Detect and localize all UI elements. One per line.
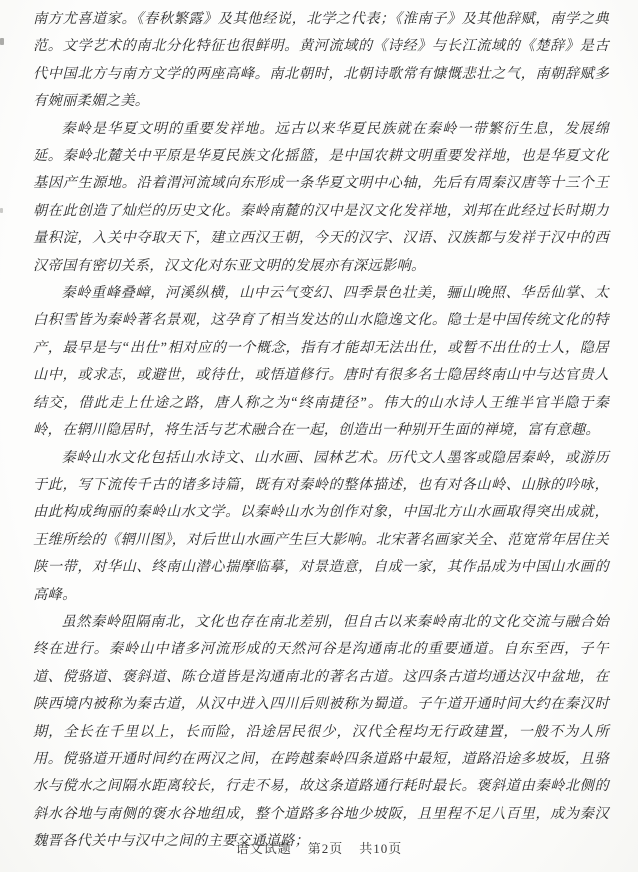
footer-page-number: 第2页 [308,838,344,857]
exam-paper-page: 南方尤喜道家。《春秋繁露》及其他经说，北学之代表；《淮南子》及其他辞赋，南学之典… [0,0,638,872]
page-footer: 语文试题第2页共10页 [0,838,638,857]
scan-artifact [0,208,3,213]
paragraph-continuation: 南方尤喜道家。《春秋繁露》及其他经说，北学之代表；《淮南子》及其他辞赋，南学之典… [33,6,609,116]
scan-artifact [0,38,4,45]
paragraph-hermit-culture: 秦岭重峰叠嶂，河溪纵横，山中云气变幻、四季景色壮美，骊山晚照、华岳仙掌、太白积雪… [33,280,609,444]
paragraph-landscape-art: 秦岭山水文化包括山水诗文、山水画、园林艺术。历代文人墨客或隐居秦岭，或游历于此，… [33,445,609,609]
paragraph-qinling-origin: 秦岭是华夏文明的重要发祥地。远古以来华夏民族就在秦岭一带繁衍生息，发展绵延。秦岭… [33,116,609,280]
footer-total-pages: 共10页 [359,838,402,857]
paragraph-ancient-roads: 虽然秦岭阻隔南北，文化也存在南北差别，但自古以来秦岭南北的文化交流与融合始终在进… [33,609,609,856]
footer-exam-label: 语文试题 [236,838,292,857]
body-text: 南方尤喜道家。《春秋繁露》及其他经说，北学之代表；《淮南子》及其他辞赋，南学之典… [33,6,609,856]
